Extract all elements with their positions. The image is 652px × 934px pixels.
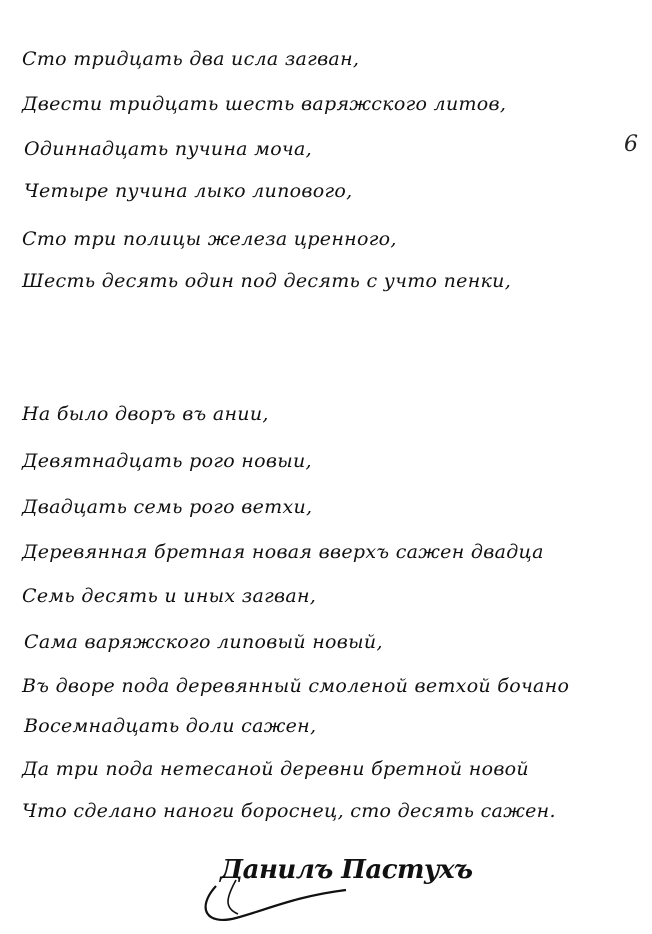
manuscript-line: Сто тридцать два исла загван, <box>22 48 359 70</box>
manuscript-line: Одиннадцать пучина моча, <box>24 138 312 160</box>
manuscript-line: Двадцать семь рого ветхи, <box>22 496 312 518</box>
manuscript-line: Двести тридцать шесть варяжского литов, <box>22 93 506 115</box>
manuscript-line: Сто три полицы железа цренного, <box>22 228 397 250</box>
manuscript-line: Семь десять и иных загван, <box>22 585 316 607</box>
manuscript-line: Въ дворе пода деревянный смоленой ветхой… <box>22 675 569 697</box>
manuscript-line: Сама варяжского липовый новый, <box>24 631 383 653</box>
manuscript-line: Шесть десять один под десять с учто пенк… <box>22 270 511 292</box>
manuscript-line: Деревянная бретная новая вверхъ сажен дв… <box>22 541 544 563</box>
manuscript-line: На было дворъ въ ании, <box>22 403 269 425</box>
manuscript-line: Да три пода нетесаной деревни бретной но… <box>22 758 529 780</box>
manuscript-line: Что сделано наноги бороснец, сто десять … <box>22 800 556 822</box>
manuscript-page: Сто тридцать два исла загван, Двести три… <box>0 0 652 934</box>
manuscript-line: Восемнадцать доли сажен, <box>24 715 316 737</box>
manuscript-line: Девятнадцать рого новыи, <box>22 450 312 472</box>
signature-flourish-icon <box>176 878 376 928</box>
manuscript-line: Четыре пучина лыко липового, <box>24 180 352 202</box>
page-number: 6 <box>624 132 638 157</box>
